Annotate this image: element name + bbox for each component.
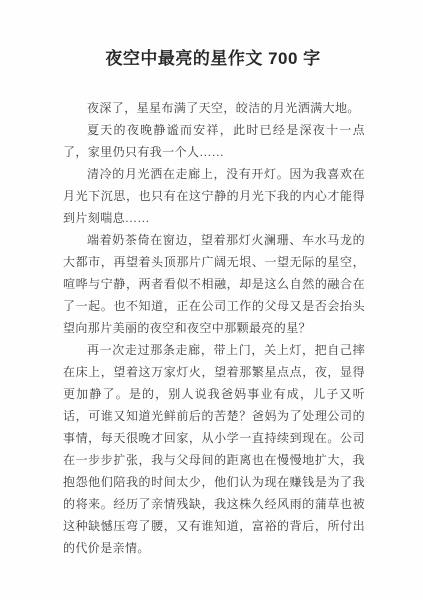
essay-paragraph-5: 再一次走过那条走廊，带上门，关上灯，把自己摔在床上，望着这万家灯火，望着那繁星点…: [63, 339, 365, 559]
essay-body: 夜深了，星星布满了天空，皎洁的月光洒满大地。 夏天的夜晚静谧而安祥，此时已经是深…: [63, 97, 365, 559]
essay-paragraph-1: 夜深了，星星布满了天空，皎洁的月光洒满大地。: [63, 97, 365, 119]
essay-title: 夜空中最亮的星作文 700 字: [60, 47, 366, 71]
essay-paragraph-2: 夏天的夜晚静谧而安祥，此时已经是深夜十一点了，家里仍只有我一个人……: [63, 119, 365, 163]
essay-paragraph-3: 清冷的月光洒在走廊上，没有开灯。因为我喜欢在月光下沉思，也只有在这宁静的月光下我…: [63, 163, 365, 229]
essay-page: 夜空中最亮的星作文 700 字 夜深了，星星布满了天空，皎洁的月光洒满大地。 夏…: [0, 0, 423, 600]
document-viewport: { "article": { "title": "夜空中最亮的星作文 700 字…: [0, 0, 423, 600]
essay-paragraph-4: 端着奶茶倚在窗边，望着那灯火澜珊、车水马龙的大都市，再望着头顶那片广阔无垠、一望…: [63, 229, 365, 339]
